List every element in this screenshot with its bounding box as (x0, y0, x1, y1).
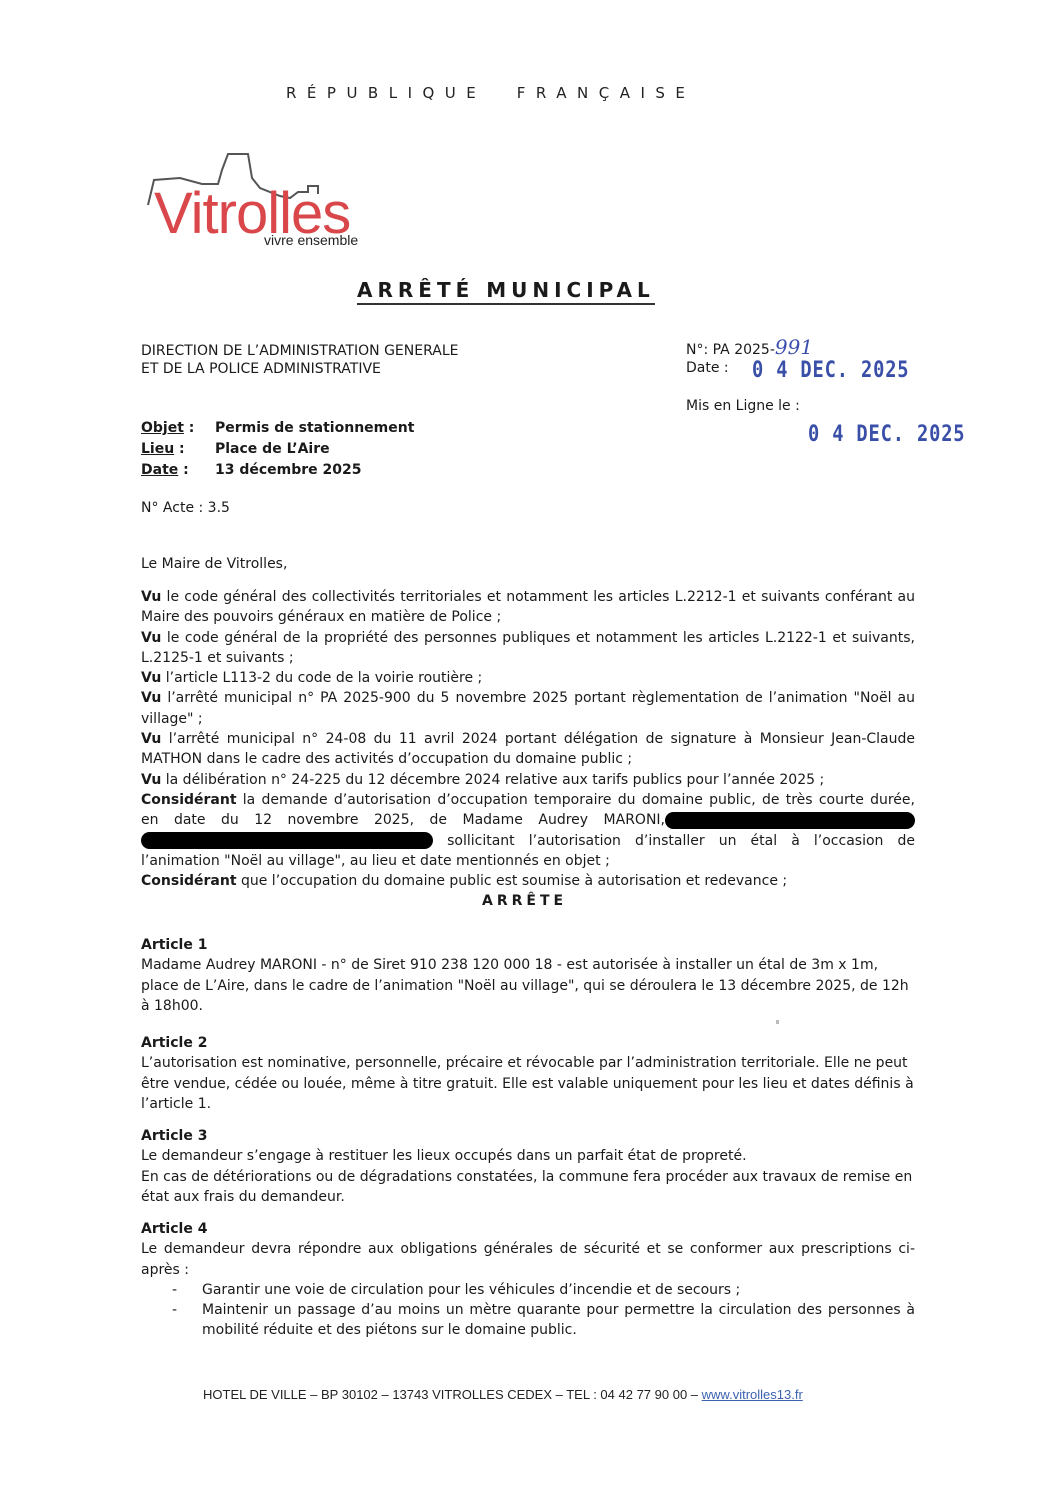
vu-item: Vu l’article L113-2 du code de la voirie… (141, 668, 915, 688)
lieu-value: Place de L’Aire (215, 439, 330, 460)
direction-line-1: DIRECTION DE L’ADMINISTRATION GENERALE (141, 342, 458, 360)
date-subject-value: 13 décembre 2025 (215, 460, 362, 481)
online-date-stamp: 0 4 DEC. 2025 (808, 422, 965, 447)
article-2: Article 2 L’autorisation est nominative,… (141, 1033, 915, 1114)
website-link[interactable]: www.vitrolles13.fr (702, 1387, 803, 1402)
reference-number-handwritten: 991 (775, 335, 813, 359)
vu-item: Vu le code général de la propriété des p… (141, 628, 915, 669)
logo-tagline: vivre ensemble (264, 232, 358, 248)
article-4: Article 4 Le demandeur devra répondre au… (141, 1219, 915, 1341)
considerant-2: Considérant que l’occupation du domaine … (141, 871, 915, 891)
maire-line: Le Maire de Vitrolles, (141, 556, 287, 572)
considerant-1: Considérant la demande d’autorisation d’… (141, 790, 915, 871)
prescriptions-list: -Garantir une voie de circulation pour l… (141, 1280, 915, 1341)
redaction-bar (141, 832, 433, 849)
article-1: Article 1 Madame Audrey MARONI - n° de S… (141, 935, 915, 1016)
reference-number-label: N°: PA 2025- (686, 342, 775, 358)
date-stamp: 0 4 DEC. 2025 (752, 358, 909, 383)
direction-block: DIRECTION DE L’ADMINISTRATION GENERALE E… (141, 342, 458, 378)
online-label: Mis en Ligne le : (686, 398, 800, 414)
objet-value: Permis de stationnement (215, 418, 414, 439)
vu-item: Vu la délibération n° 24-225 du 12 décem… (141, 770, 915, 790)
date-subject-label: Date (141, 462, 178, 478)
scan-speck (776, 1020, 779, 1024)
document-title: ARRÊTÉ MUNICIPAL (357, 278, 655, 305)
list-item: -Garantir une voie de circulation pour l… (141, 1280, 915, 1300)
lieu-label: Lieu (141, 441, 174, 457)
footer: HOTEL DE VILLE – BP 30102 – 13743 VITROL… (203, 1387, 803, 1402)
footer-address: HOTEL DE VILLE – BP 30102 – 13743 VITROL… (203, 1387, 702, 1402)
redaction-bar (665, 812, 915, 829)
vitrolles-logo: Vitrolles vivre ensemble (140, 150, 400, 260)
vu-item: Vu l’arrêté municipal n° 24-08 du 11 avr… (141, 729, 915, 770)
preamble-block: Vu le code général des collectivités ter… (141, 587, 915, 891)
direction-line-2: ET DE LA POLICE ADMINISTRATIVE (141, 360, 458, 378)
subject-block: Objet :Permis de stationnement Lieu :Pla… (141, 418, 414, 481)
vu-item: Vu l’arrêté municipal n° PA 2025-900 du … (141, 688, 915, 729)
vu-list: Vu le code général des collectivités ter… (141, 587, 915, 790)
republique-francaise-header: RÉPUBLIQUE FRANÇAISE (286, 84, 695, 102)
acte-number: N° Acte : 3.5 (141, 500, 230, 516)
article-3: Article 3 Le demandeur s’engage à restit… (141, 1126, 915, 1207)
vu-item: Vu le code général des collectivités ter… (141, 587, 915, 628)
objet-label: Objet (141, 420, 184, 436)
arrete-heading: ARRÊTE (482, 893, 567, 909)
list-item: -Maintenir un passage d’au moins un mètr… (141, 1300, 915, 1341)
